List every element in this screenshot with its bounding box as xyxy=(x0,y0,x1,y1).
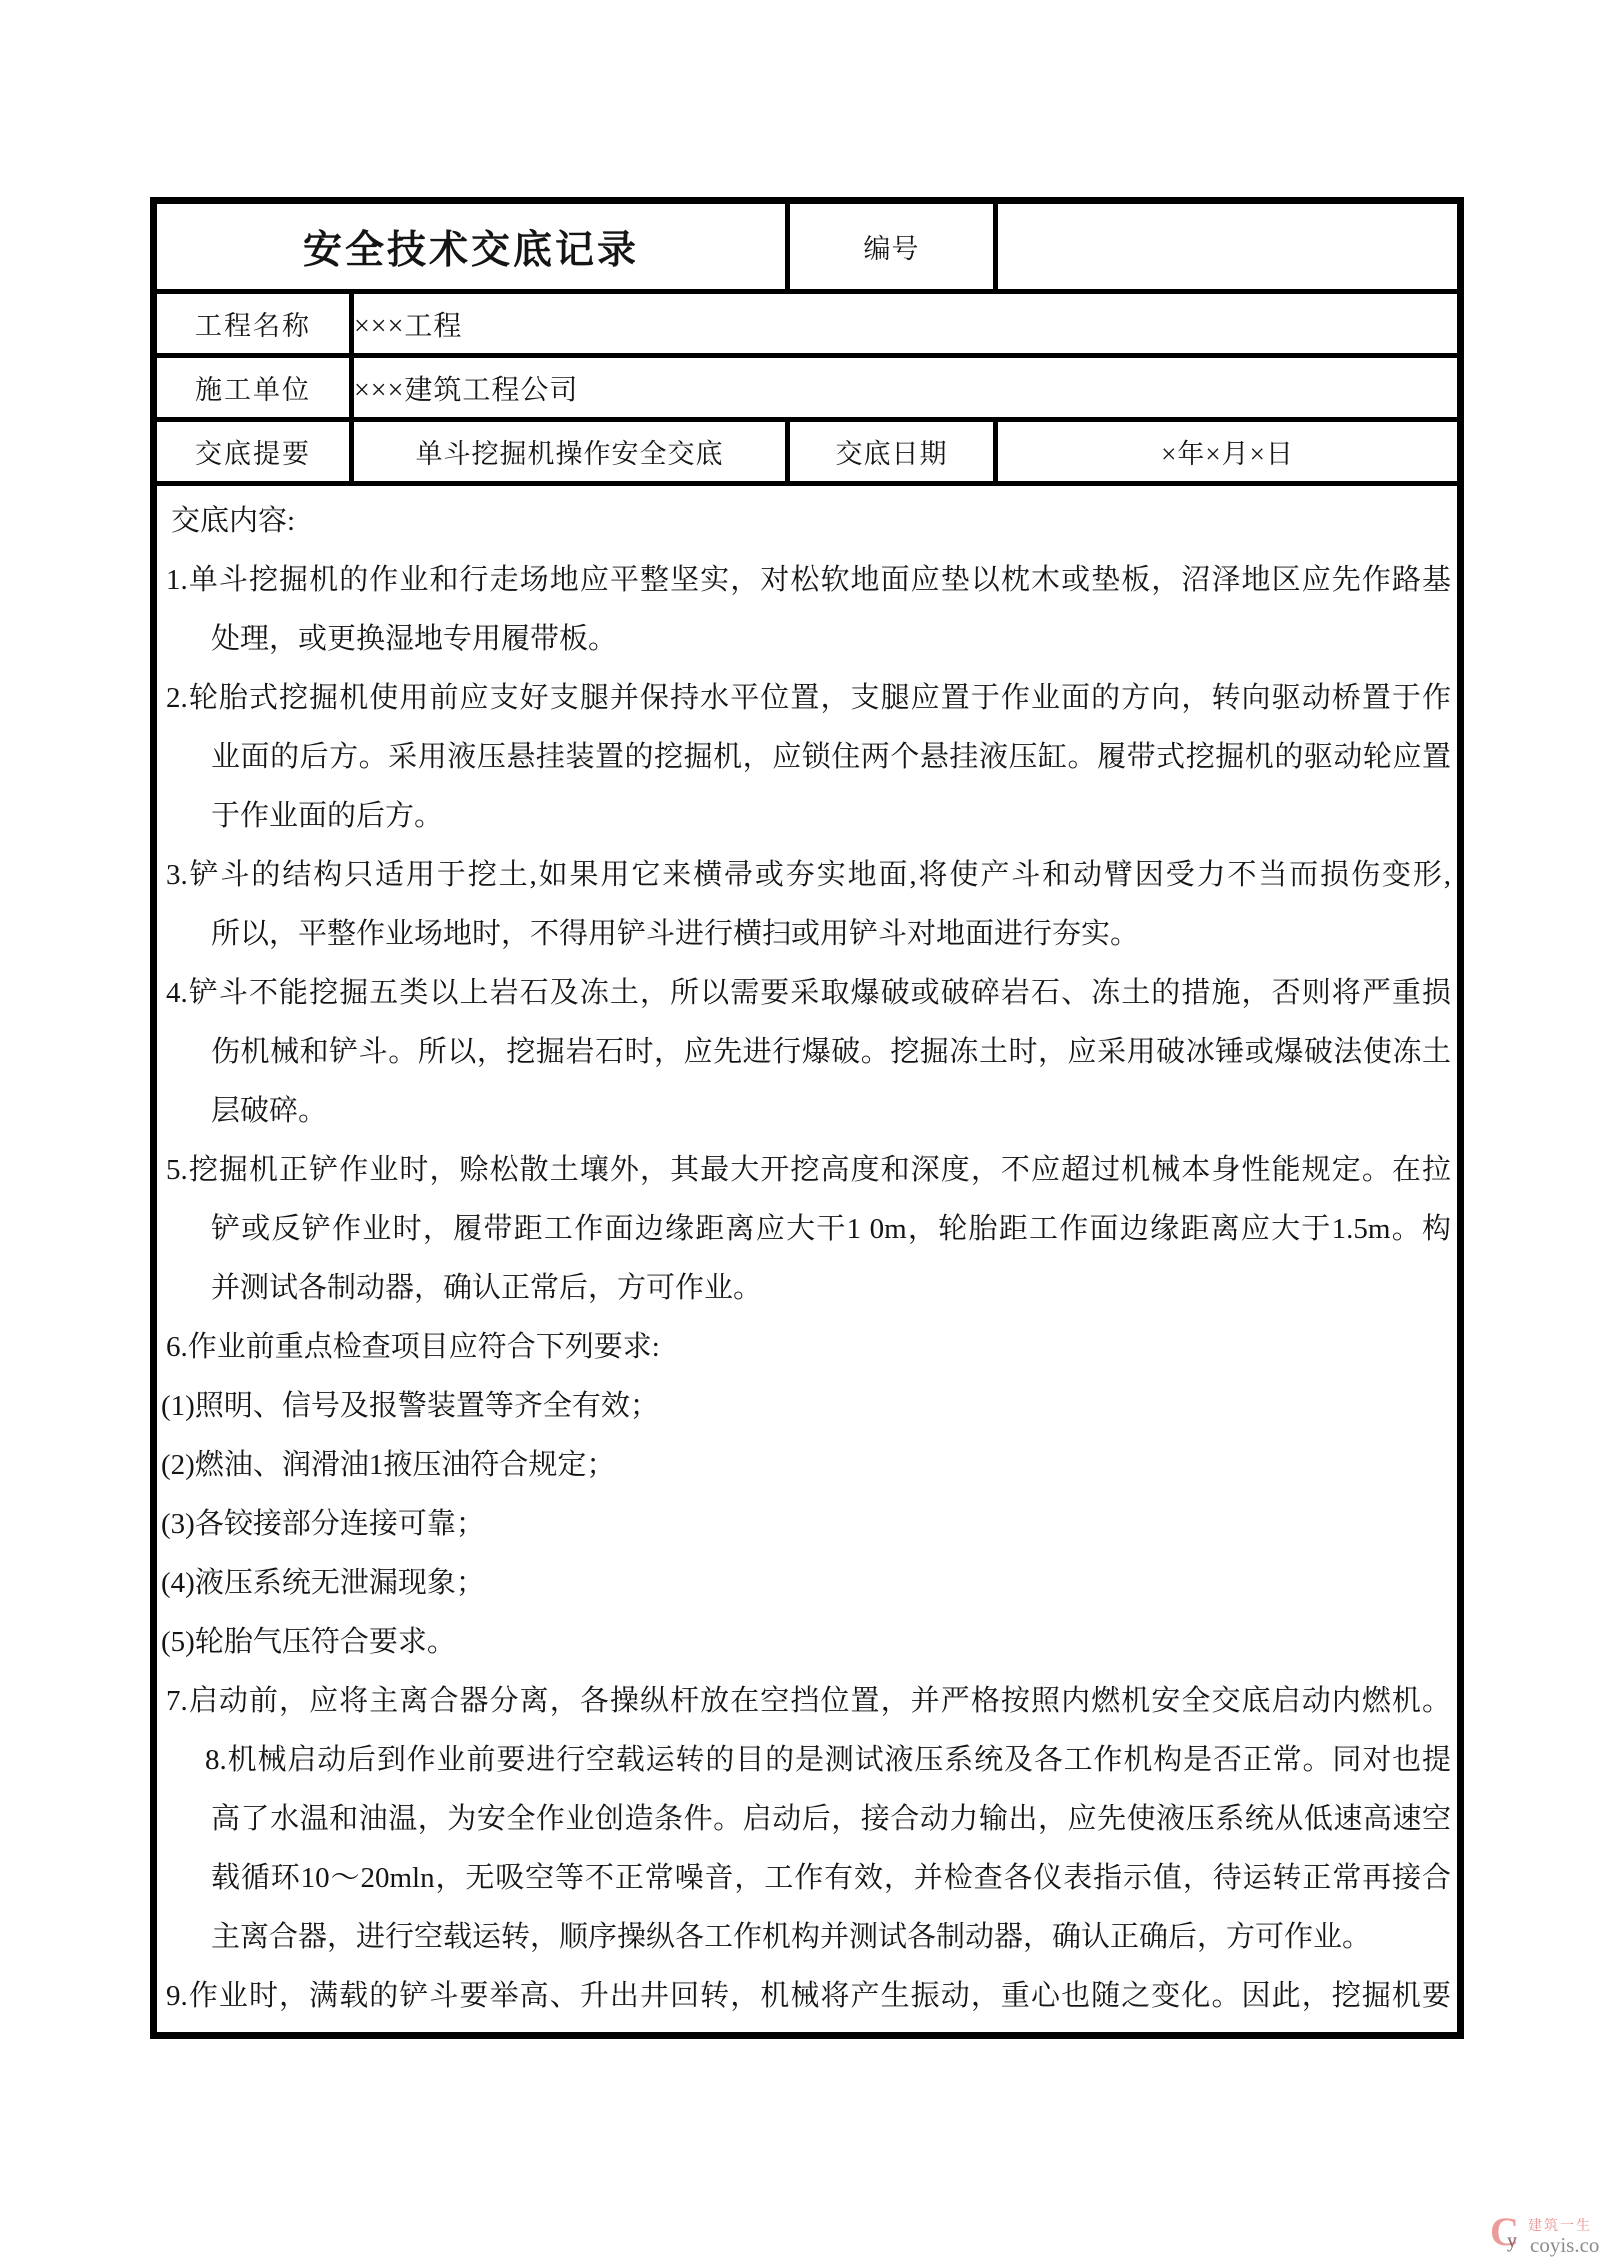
brand-name: 建筑一生 xyxy=(1528,2215,1592,2235)
project-name-row: 工程名称 ×××工程 xyxy=(154,292,1461,356)
content-line: 2.轮胎式挖掘机使用前应支好支腿并保持水平位置，支腿应置于作业面的方向，转向驱动… xyxy=(157,669,1457,728)
disclosure-content: 交底内容:1.单斗挖掘机的作业和行走场地应平整坚实，对松软地面应垫以枕木或垫板，… xyxy=(157,492,1457,2026)
content-line: 交底内容: xyxy=(157,492,1457,551)
project-name-label: 工程名称 xyxy=(154,292,352,356)
document-title: 安全技术交底记录 xyxy=(154,201,788,292)
brand-site-url: coyis.com xyxy=(1530,2233,1600,2258)
content-line: 8.机械启动后到作业前要进行空载运转的目的是测试液压系统及各工作机构是否正常。同… xyxy=(157,1731,1457,1790)
content-row: 交底内容:1.单斗挖掘机的作业和行走场地应平整坚实，对松软地面应垫以枕木或垫板，… xyxy=(154,484,1461,2036)
project-name-value: ×××工程 xyxy=(352,292,1461,356)
content-line: 6.作业前重点检查项目应符合下列要求: xyxy=(157,1318,1457,1377)
content-line: 层破碎。 xyxy=(157,1082,1457,1141)
content-cell: 交底内容:1.单斗挖掘机的作业和行走场地应平整坚实，对松软地面应垫以枕木或垫板，… xyxy=(154,484,1461,2036)
construction-unit-row: 施工单位 ×××建筑工程公司 xyxy=(154,356,1461,420)
content-line: 处理，或更换湿地专用履带板。 xyxy=(157,610,1457,669)
construction-unit-value: ×××建筑工程公司 xyxy=(352,356,1461,420)
content-line: 所以，平整作业场地时，不得用铲斗进行横扫或用铲斗对地面进行夯实。 xyxy=(157,905,1457,964)
document-page: 安全技术交底记录 编号 工程名称 ×××工程 施工单位 ×××建筑工程公司 交底… xyxy=(0,0,1600,2262)
record-no-value xyxy=(996,201,1461,292)
content-line: 1.单斗挖掘机的作业和行走场地应平整坚实，对松软地面应垫以枕木或垫板，沼泽地区应… xyxy=(157,551,1457,610)
content-line: (4)液压系统无泄漏现象； xyxy=(157,1554,1457,1613)
content-line: 铲或反铲作业时，履带距工作面边缘距离应大干1 0m，轮胎距工作面边缘距离应大于1… xyxy=(157,1200,1457,1259)
content-line: 5.挖掘机正铲作业时，赊松散土壤外，其最大开挖高度和深度，不应超过机械本身性能规… xyxy=(157,1141,1457,1200)
construction-unit-label: 施工单位 xyxy=(154,356,352,420)
content-line: 并测试各制动器，确认正常后，方可作业。 xyxy=(157,1259,1457,1318)
brand-mark-y: y xyxy=(1507,2230,1517,2253)
disclosure-date-value: ×年×月×日 xyxy=(996,420,1461,484)
content-line: 主离合器，进行空载运转，顺序操纵各工作机构并测试各制动器，确认正确后，方可作业。 xyxy=(157,1908,1457,1967)
content-line: 伤机械和铲斗。所以，挖掘岩石时，应先进行爆破。挖掘冻土时，应采用破冰锤或爆破法使… xyxy=(157,1023,1457,1082)
site-watermark: C y 建筑一生 coyis.com xyxy=(1490,2214,1600,2260)
summary-row: 交底提要 单斗挖掘机操作安全交底 交底日期 ×年×月×日 xyxy=(154,420,1461,484)
content-line: 载循环10～20mln，无吸空等不正常噪音，工作有效，并检查各仪表指示值，待运转… xyxy=(157,1849,1457,1908)
summary-label: 交底提要 xyxy=(154,420,352,484)
content-line: 高了水温和油温，为安全作业创造条件。启动后，接合动力输出，应先使液压系统从低速高… xyxy=(157,1790,1457,1849)
content-line: 4.铲斗不能挖掘五类以上岩石及冻土，所以需要采取爆破或破碎岩石、冻土的措施，否则… xyxy=(157,964,1457,1023)
summary-value: 单斗挖掘机操作安全交底 xyxy=(352,420,788,484)
content-line: 于作业面的后方。 xyxy=(157,787,1457,846)
content-line: 9.作业时，满载的铲斗要举高、升出井回转，机械将产生振动，重心也随之变化。因此，… xyxy=(157,1967,1457,2026)
content-line: (3)各铰接部分连接可靠； xyxy=(157,1495,1457,1554)
content-line: 7.启动前，应将主离合器分离，各操纵杆放在空挡位置，并严格按照内燃机安全交底启动… xyxy=(157,1672,1457,1731)
content-line: (2)燃油、润滑油1掖压油符合规定； xyxy=(157,1436,1457,1495)
content-line: (1)照明、信号及报警装置等齐全有效； xyxy=(157,1377,1457,1436)
header-table: 安全技术交底记录 编号 工程名称 ×××工程 施工单位 ×××建筑工程公司 交底… xyxy=(150,197,1464,2039)
title-row: 安全技术交底记录 编号 xyxy=(154,201,1461,292)
disclosure-record-table: 安全技术交底记录 编号 工程名称 ×××工程 施工单位 ×××建筑工程公司 交底… xyxy=(150,197,1457,2039)
disclosure-date-label: 交底日期 xyxy=(788,420,996,484)
content-line: (5)轮胎气压符合要求。 xyxy=(157,1613,1457,1672)
record-no-label: 编号 xyxy=(788,201,996,292)
content-line: 业面的后方。采用液压悬挂装置的挖掘机，应锁住两个悬挂液压缸。履带式挖掘机的驱动轮… xyxy=(157,728,1457,787)
content-line: 3.铲斗的结构只适用于挖土,如果用它来横帚或夯实地面,将使产斗和动臂因受力不当而… xyxy=(157,846,1457,905)
